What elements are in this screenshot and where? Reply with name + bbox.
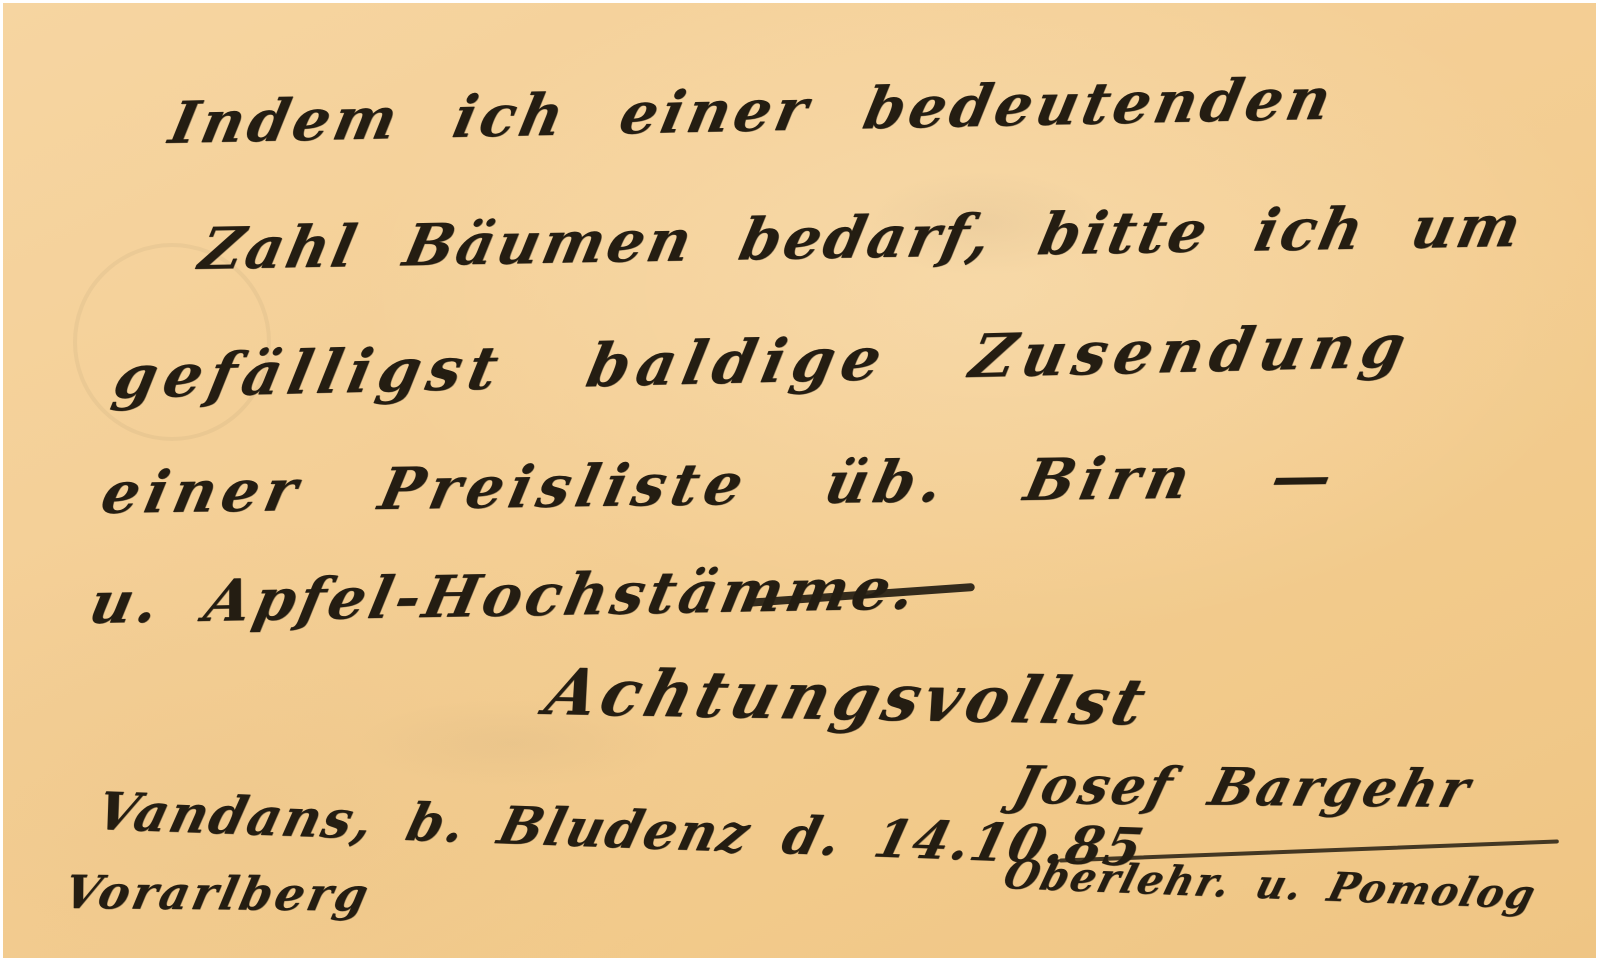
postcard-paper: Indem ich einer bedeutenden Zahl Bäumen … — [3, 3, 1596, 958]
signature-title: Oberlehr. u. Pomolog — [999, 851, 1542, 919]
region-line: Vorarlberg — [59, 865, 376, 922]
handwritten-line-4: einer Preisliste üb. Birn — — [96, 442, 1345, 527]
signature-name: Josef Bargehr — [1007, 755, 1479, 820]
handwritten-line-3: gefälligst baldige Zusendung — [108, 312, 1418, 413]
postcard-scan: Indem ich einer bedeutenden Zahl Bäumen … — [0, 0, 1600, 962]
closing-salutation: Achtungsvollst — [538, 655, 1158, 741]
handwritten-line-1: Indem ich einer bedeutenden — [164, 65, 1341, 157]
handwritten-line-2: Zahl Bäumen bedarf, bitte ich um — [194, 192, 1530, 283]
